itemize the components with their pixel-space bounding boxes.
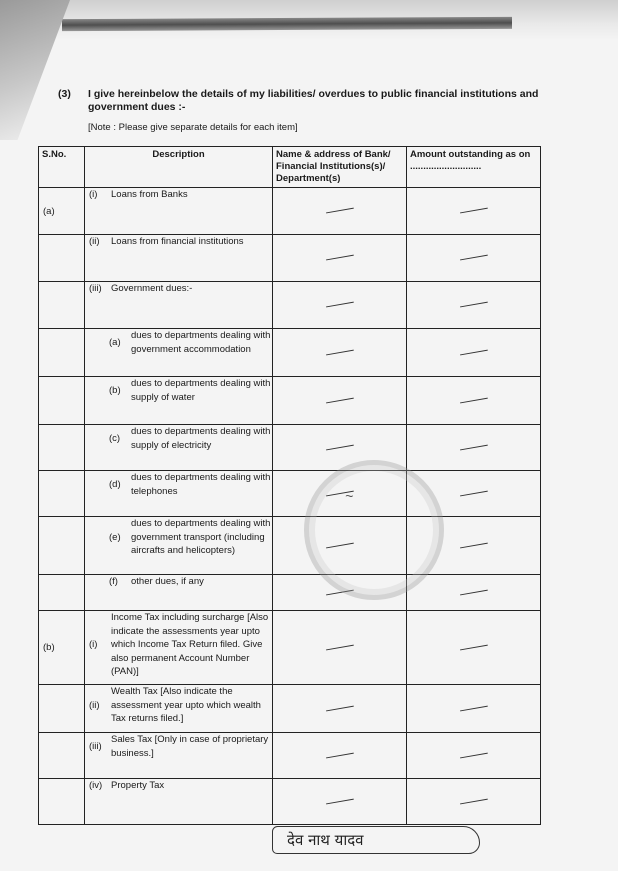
scan-shadow-corner <box>0 0 70 140</box>
row-description: (c) dues to departments dealing with sup… <box>85 425 273 471</box>
row-description-text: dues to departments dealing with supply … <box>131 377 272 404</box>
row-description-text: Loans from Banks <box>111 188 188 202</box>
dash-mark <box>326 302 354 309</box>
scan-shadow-bar <box>62 17 512 31</box>
table-row: (d) dues to departments dealing with tel… <box>39 471 541 517</box>
row-description: (ii) Loans from financial institutions <box>85 235 273 282</box>
row-amount-field[interactable] <box>407 235 541 282</box>
dash-mark <box>460 752 488 759</box>
row-amount-field[interactable] <box>407 377 541 425</box>
row-description: (a) dues to departments dealing with gov… <box>85 329 273 377</box>
row-sno: (a) <box>39 188 85 235</box>
table-row: (f) other dues, if any <box>39 575 541 611</box>
dash-mark <box>326 349 354 356</box>
stamp-signature: ~ <box>345 488 353 504</box>
table-row: (b) (i) Income Tax including surcharge [… <box>39 611 541 685</box>
dash-mark <box>460 490 488 497</box>
row-amount-field[interactable] <box>407 733 541 779</box>
row-sno <box>39 471 85 517</box>
row-description-text: dues to departments dealing with governm… <box>131 517 272 558</box>
dash-mark <box>326 444 354 451</box>
section-number: (3) <box>58 88 71 101</box>
dash-mark <box>326 397 354 404</box>
column-header-description: Description <box>85 147 273 188</box>
column-header-sno: S.No. <box>39 147 85 188</box>
row-description-text: Loans from financial institutions <box>111 235 244 249</box>
table-row: (ii) Loans from financial institutions <box>39 235 541 282</box>
row-sno <box>39 235 85 282</box>
row-description: (iv) Property Tax <box>85 779 273 825</box>
dash-mark <box>326 255 354 262</box>
row-description: (b) dues to departments dealing with sup… <box>85 377 273 425</box>
row-item-number: (c) <box>85 433 131 444</box>
official-stamp <box>304 460 444 600</box>
row-description: (d) dues to departments dealing with tel… <box>85 471 273 517</box>
table-row: (a) (i) Loans from Banks <box>39 188 541 235</box>
row-amount-field[interactable] <box>407 282 541 329</box>
row-description-text: dues to departments dealing with telepho… <box>131 471 272 498</box>
dash-mark <box>326 798 354 805</box>
row-sno <box>39 575 85 611</box>
handwritten-signature: देव नाथ यादव <box>272 826 480 854</box>
row-item-number: (d) <box>85 479 131 490</box>
row-item-number: (f) <box>85 576 131 587</box>
dash-mark <box>460 444 488 451</box>
row-description-text: Income Tax including surcharge [Also ind… <box>111 611 272 679</box>
row-item-number: (iii) <box>85 741 111 752</box>
row-amount-field[interactable] <box>407 779 541 825</box>
row-item-number: (b) <box>85 385 131 396</box>
dash-mark <box>326 752 354 759</box>
section-heading-text: I give hereinbelow the details of my lia… <box>88 88 548 114</box>
row-description: (e) dues to departments dealing with gov… <box>85 517 273 575</box>
row-description-text: Property Tax <box>111 779 164 793</box>
row-description-text: other dues, if any <box>131 575 204 589</box>
dash-mark <box>460 255 488 262</box>
row-description: (iii) Sales Tax [Only in case of proprie… <box>85 733 273 779</box>
row-amount-field[interactable] <box>407 188 541 235</box>
row-item-number: (a) <box>85 337 131 348</box>
row-sno: (b) <box>39 611 85 685</box>
table-row: (a) dues to departments dealing with gov… <box>39 329 541 377</box>
note-text: [Note : Please give separate details for… <box>88 122 298 133</box>
row-description-text: dues to departments dealing with governm… <box>131 329 272 356</box>
dash-mark <box>326 705 354 712</box>
dash-mark <box>460 302 488 309</box>
dash-mark <box>460 644 488 651</box>
row-item-number: (ii) <box>85 236 111 247</box>
row-item-number: (iii) <box>85 283 111 294</box>
row-name-address-field[interactable] <box>273 611 407 685</box>
row-sno <box>39 377 85 425</box>
column-header-amount: Amount outstanding as on ...............… <box>407 147 541 188</box>
dash-mark <box>326 644 354 651</box>
row-name-address-field[interactable] <box>273 329 407 377</box>
row-sno <box>39 779 85 825</box>
row-name-address-field[interactable] <box>273 779 407 825</box>
row-amount-field[interactable] <box>407 685 541 733</box>
row-description: (f) other dues, if any <box>85 575 273 611</box>
dash-mark <box>326 208 354 215</box>
row-sno <box>39 733 85 779</box>
table-row: (c) dues to departments dealing with sup… <box>39 425 541 471</box>
row-description: (iii) Government dues:- <box>85 282 273 329</box>
row-amount-field[interactable] <box>407 575 541 611</box>
table-row: (ii) Wealth Tax [Also indicate the asses… <box>39 685 541 733</box>
row-description: (i) Income Tax including surcharge [Also… <box>85 611 273 685</box>
row-name-address-field[interactable] <box>273 282 407 329</box>
row-description-text: Wealth Tax [Also indicate the assessment… <box>111 685 272 726</box>
row-amount-field[interactable] <box>407 329 541 377</box>
table-row: (b) dues to departments dealing with sup… <box>39 377 541 425</box>
table-row: (iii) Sales Tax [Only in case of proprie… <box>39 733 541 779</box>
table-header-row: S.No. Description Name & address of Bank… <box>39 147 541 188</box>
dash-mark <box>460 798 488 805</box>
row-amount-field[interactable] <box>407 611 541 685</box>
row-item-number: (i) <box>85 189 111 200</box>
row-sno <box>39 517 85 575</box>
row-description: (ii) Wealth Tax [Also indicate the asses… <box>85 685 273 733</box>
dash-mark <box>460 397 488 404</box>
row-item-number: (i) <box>85 639 111 650</box>
row-name-address-field[interactable] <box>273 188 407 235</box>
row-description: (i) Loans from Banks <box>85 188 273 235</box>
liabilities-table: S.No. Description Name & address of Bank… <box>38 146 541 825</box>
row-sno <box>39 685 85 733</box>
row-amount-field[interactable] <box>407 425 541 471</box>
row-description-text: Sales Tax [Only in case of proprietary b… <box>111 733 272 760</box>
dash-mark <box>460 542 488 549</box>
row-sno <box>39 425 85 471</box>
table-row: (iv) Property Tax <box>39 779 541 825</box>
row-description-text: dues to departments dealing with supply … <box>131 425 272 452</box>
dash-mark <box>460 349 488 356</box>
row-sno <box>39 282 85 329</box>
dash-mark <box>460 705 488 712</box>
row-item-number: (e) <box>85 532 131 543</box>
table-row: (e) dues to departments dealing with gov… <box>39 517 541 575</box>
row-name-address-field[interactable] <box>273 235 407 282</box>
row-name-address-field[interactable] <box>273 685 407 733</box>
row-description-text: Government dues:- <box>111 282 192 296</box>
row-name-address-field[interactable] <box>273 377 407 425</box>
row-item-number: (iv) <box>85 780 111 791</box>
table-row: (iii) Government dues:- <box>39 282 541 329</box>
dash-mark <box>460 208 488 215</box>
dash-mark <box>460 589 488 596</box>
row-item-number: (ii) <box>85 700 111 711</box>
column-header-name-address: Name & address of Bank/ Financial Instit… <box>273 147 407 188</box>
row-sno <box>39 329 85 377</box>
row-name-address-field[interactable] <box>273 733 407 779</box>
